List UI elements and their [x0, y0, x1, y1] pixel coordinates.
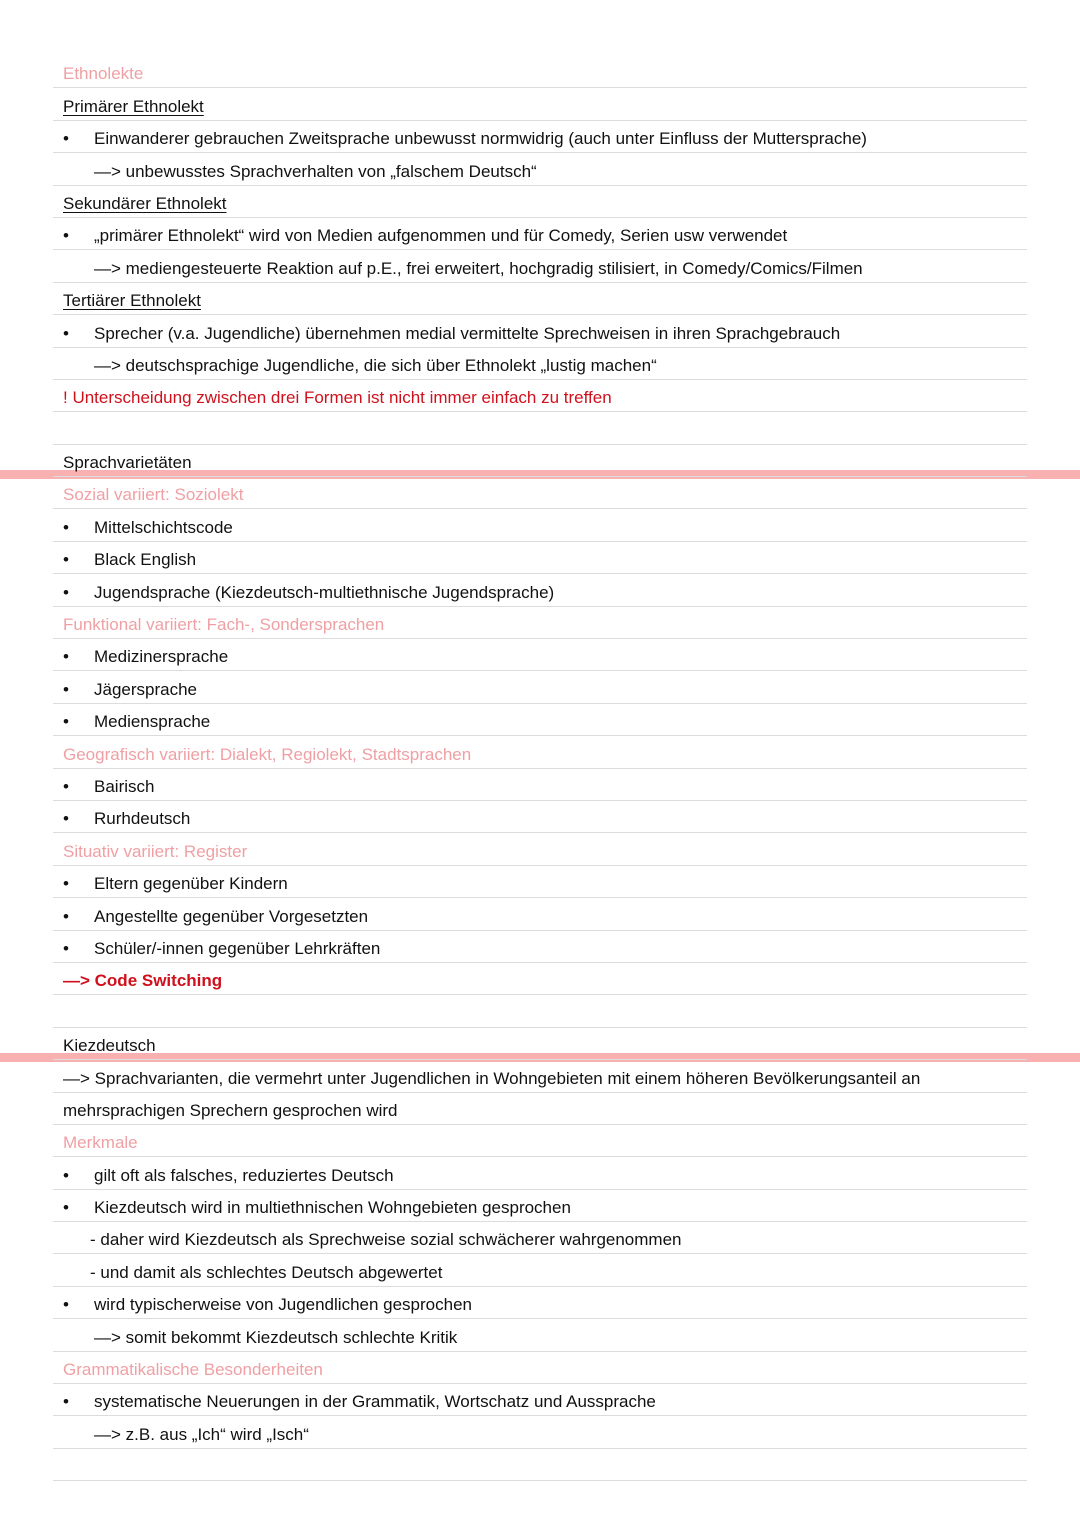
note-text: mehrsprachigen Sprechern gesprochen wird [63, 1101, 398, 1121]
bullet-item: Medizinersprache [94, 647, 228, 667]
subheading: Sekundärer Ethnolekt [63, 194, 227, 214]
note-line: Tertiärer Ethnolekt [0, 283, 1080, 315]
note-line: —> z.B. aus „Ich“ wird „Isch“ [0, 1416, 1080, 1448]
note-line: —> unbewusstes Sprachverhalten von „fals… [0, 153, 1080, 185]
note-line: •Jägersprache [0, 671, 1080, 703]
note-line: —> somit bekommt Kiezdeutsch schlechte K… [0, 1319, 1080, 1351]
arrow-note: —> unbewusstes Sprachverhalten von „fals… [94, 162, 537, 182]
topic-heading: Grammatikalische Besonderheiten [63, 1360, 323, 1380]
bullet-item: Mittelschichtscode [94, 518, 233, 538]
bullet-icon: • [63, 647, 69, 667]
bullet-icon: • [63, 712, 69, 732]
note-text: —> Sprachvarianten, die vermehrt unter J… [63, 1069, 920, 1089]
warning-note: ! Unterscheidung zwischen drei Formen is… [63, 388, 612, 408]
bullet-item: Eltern gegenüber Kindern [94, 874, 288, 894]
topic-heading: Ethnolekte [63, 64, 143, 84]
bullet-item: Einwanderer gebrauchen Zweitsprache unbe… [94, 129, 867, 149]
bullet-icon: • [63, 1295, 69, 1315]
note-line: •Black English [0, 542, 1080, 574]
topic-heading: Situativ variiert: Register [63, 842, 247, 862]
bullet-icon: • [63, 1198, 69, 1218]
bullet-icon: • [63, 129, 69, 149]
note-line: —> mediengesteuerte Reaktion auf p.E., f… [0, 250, 1080, 282]
bullet-item: Rurhdeutsch [94, 809, 190, 829]
note-line: •gilt oft als falsches, reduziertes Deut… [0, 1157, 1080, 1189]
note-line: Sekundärer Ethnolekt [0, 186, 1080, 218]
bullet-icon: • [63, 874, 69, 894]
note-line: mehrsprachigen Sprechern gesprochen wird [0, 1093, 1080, 1125]
bullet-icon: • [63, 583, 69, 603]
topic-heading: Funktional variiert: Fach-, Sondersprach… [63, 615, 384, 635]
arrow-note: —> mediengesteuerte Reaktion auf p.E., f… [94, 259, 863, 279]
note-line: ! Unterscheidung zwischen drei Formen is… [0, 380, 1080, 412]
note-line: Kiezdeutsch [0, 1028, 1080, 1060]
sub-note: - und damit als schlechtes Deutsch abgew… [90, 1263, 442, 1283]
note-line: - daher wird Kiezdeutsch als Sprechweise… [0, 1222, 1080, 1254]
bullet-icon: • [63, 939, 69, 959]
bullet-item: „primärer Ethnolekt“ wird von Medien auf… [94, 226, 787, 246]
bullet-item: Jägersprache [94, 680, 197, 700]
note-line: Sprachvarietäten [0, 445, 1080, 477]
note-line: •Angestellte gegenüber Vorgesetzten [0, 898, 1080, 930]
note-line: —> Sprachvarianten, die vermehrt unter J… [0, 1060, 1080, 1092]
note-line: Merkmale [0, 1125, 1080, 1157]
arrow-note: —> somit bekommt Kiezdeutsch schlechte K… [94, 1328, 457, 1348]
bullet-item: Schüler/-innen gegenüber Lehrkräften [94, 939, 380, 959]
note-line: •Kiezdeutsch wird in multiethnischen Woh… [0, 1190, 1080, 1222]
bullet-item: Black English [94, 550, 196, 570]
section-title: Sprachvarietäten [63, 453, 192, 473]
note-line: •Rurhdeutsch [0, 801, 1080, 833]
bullet-icon: • [63, 226, 69, 246]
note-line: - und damit als schlechtes Deutsch abgew… [0, 1254, 1080, 1286]
bullet-item: systematische Neuerungen in der Grammati… [94, 1392, 656, 1412]
note-line: Funktional variiert: Fach-, Sondersprach… [0, 607, 1080, 639]
bullet-item: gilt oft als falsches, reduziertes Deuts… [94, 1166, 394, 1186]
bullet-item: Mediensprache [94, 712, 210, 732]
note-line: Geografisch variiert: Dialekt, Regiolekt… [0, 736, 1080, 768]
note-line: Primärer Ethnolekt [0, 88, 1080, 120]
key-conclusion: —> Code Switching [63, 971, 222, 991]
bullet-icon: • [63, 907, 69, 927]
note-line [0, 1449, 1080, 1481]
bullet-icon: • [63, 324, 69, 344]
note-line: •Mittelschichtscode [0, 509, 1080, 541]
bullet-icon: • [63, 680, 69, 700]
topic-heading: Sozial variiert: Soziolekt [63, 485, 243, 505]
note-line: •Bairisch [0, 769, 1080, 801]
bullet-icon: • [63, 1392, 69, 1412]
note-line: •Jugendsprache (Kiezdeutsch-multiethnisc… [0, 574, 1080, 606]
subheading: Primärer Ethnolekt [63, 97, 204, 117]
note-line: Situativ variiert: Register [0, 833, 1080, 865]
note-line: —> deutschsprachige Jugendliche, die sic… [0, 348, 1080, 380]
note-line: •Mediensprache [0, 704, 1080, 736]
note-line: Ethnolekte [0, 56, 1080, 88]
note-line: •Eltern gegenüber Kindern [0, 866, 1080, 898]
bullet-item: Sprecher (v.a. Jugendliche) übernehmen m… [94, 324, 840, 344]
note-line [0, 995, 1080, 1027]
note-line: •Einwanderer gebrauchen Zweitsprache unb… [0, 121, 1080, 153]
topic-heading: Merkmale [63, 1133, 138, 1153]
bullet-icon: • [63, 809, 69, 829]
bullet-icon: • [63, 1166, 69, 1186]
section-title: Kiezdeutsch [63, 1036, 156, 1056]
bullet-icon: • [63, 550, 69, 570]
note-line: —> Code Switching [0, 963, 1080, 995]
topic-heading: Geografisch variiert: Dialekt, Regiolekt… [63, 745, 471, 765]
bullet-item: Jugendsprache (Kiezdeutsch-multiethnisch… [94, 583, 554, 603]
bullet-icon: • [63, 518, 69, 538]
bullet-icon: • [63, 777, 69, 797]
note-line: •Medizinersprache [0, 639, 1080, 671]
bullet-item: Kiezdeutsch wird in multiethnischen Wohn… [94, 1198, 571, 1218]
arrow-note: —> z.B. aus „Ich“ wird „Isch“ [94, 1425, 309, 1445]
note-line [0, 412, 1080, 444]
bullet-item: Angestellte gegenüber Vorgesetzten [94, 907, 368, 927]
note-line: •„primärer Ethnolekt“ wird von Medien au… [0, 218, 1080, 250]
subheading: Tertiärer Ethnolekt [63, 291, 201, 311]
bullet-item: Bairisch [94, 777, 154, 797]
note-line: •Schüler/-innen gegenüber Lehrkräften [0, 931, 1080, 963]
note-line: •wird typischerweise von Jugendlichen ge… [0, 1287, 1080, 1319]
note-line: Grammatikalische Besonderheiten [0, 1352, 1080, 1384]
note-page: EthnolektePrimärer Ethnolekt•Einwanderer… [0, 56, 1080, 1481]
note-line: •systematische Neuerungen in der Grammat… [0, 1384, 1080, 1416]
bullet-item: wird typischerweise von Jugendlichen ges… [94, 1295, 472, 1315]
arrow-note: —> deutschsprachige Jugendliche, die sic… [94, 356, 657, 376]
note-line: Sozial variiert: Soziolekt [0, 477, 1080, 509]
sub-note: - daher wird Kiezdeutsch als Sprechweise… [90, 1230, 682, 1250]
note-line: •Sprecher (v.a. Jugendliche) übernehmen … [0, 315, 1080, 347]
